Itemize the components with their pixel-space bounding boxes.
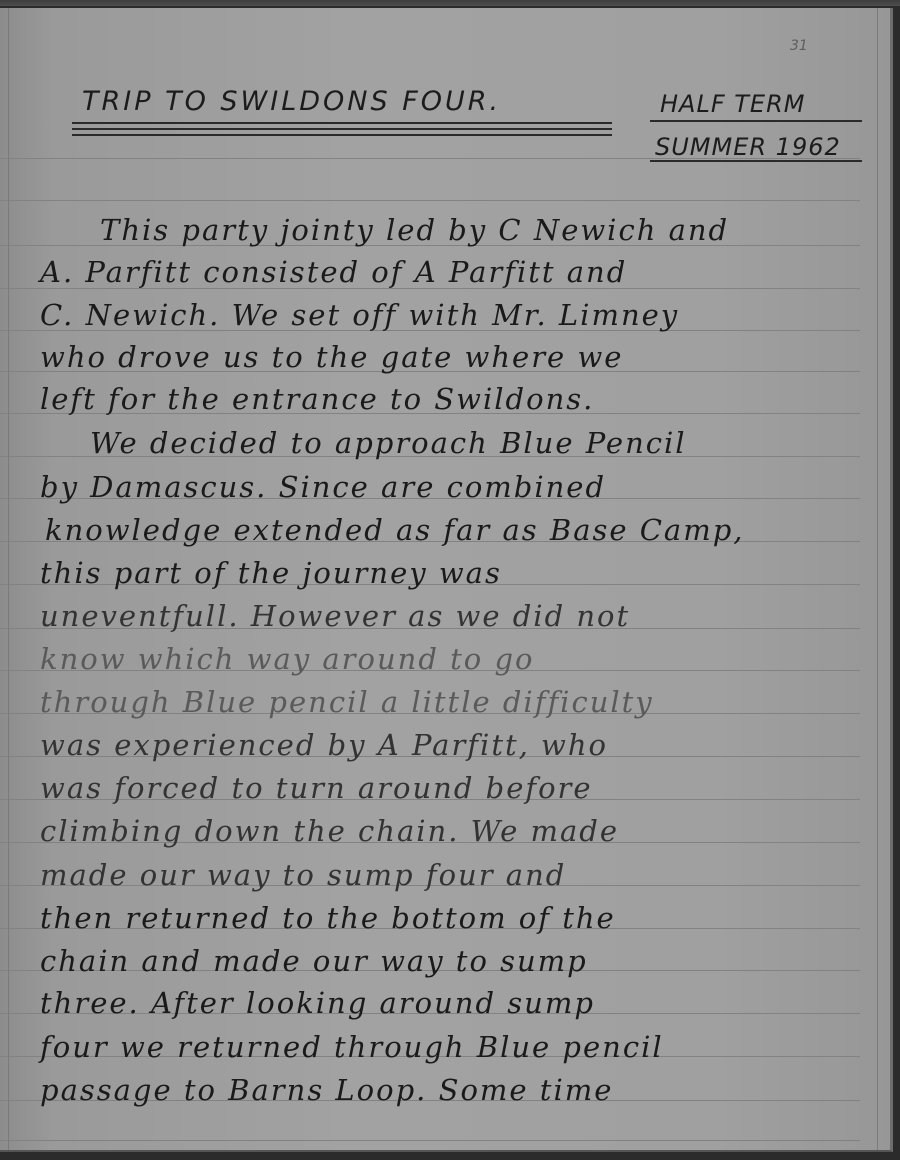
term-date: SUMMER 1962 xyxy=(655,133,841,161)
page-number: 31 xyxy=(790,38,808,54)
body-line: We decided to approach Blue Pencil xyxy=(90,426,687,460)
body-line: know which way around to go xyxy=(40,642,534,676)
notebook-page: 31 TRIP TO SWILDONS FOUR. HALF TERM SUMM… xyxy=(0,8,893,1152)
term-underline xyxy=(650,160,862,162)
body-line: uneventfull. However as we did not xyxy=(40,599,630,633)
title-underline xyxy=(72,128,612,130)
body-line: climbing down the chain. We made xyxy=(40,814,619,848)
body-line: This party jointy led by C Newich and xyxy=(100,213,729,247)
body-line: A. Parfitt consisted of A Parfitt and xyxy=(40,255,627,289)
title-underline xyxy=(72,122,612,124)
body-line: knowledge extended as far as Base Camp, xyxy=(45,513,745,547)
page-title: TRIP TO SWILDONS FOUR. xyxy=(82,86,501,117)
body-line: who drove us to the gate where we xyxy=(40,340,623,374)
ruled-line xyxy=(0,1140,860,1141)
body-line: three. After looking around sump xyxy=(40,986,595,1020)
title-underline xyxy=(72,134,612,136)
notebook-top-edge xyxy=(0,0,900,6)
body-line: through Blue pencil a little difficulty xyxy=(40,685,654,719)
left-margin-line xyxy=(8,8,9,1150)
right-edge-line xyxy=(877,8,878,1150)
ruled-line xyxy=(0,200,860,201)
body-line: by Damascus. Since are combined xyxy=(40,470,606,504)
term-label: HALF TERM xyxy=(660,90,805,118)
term-underline xyxy=(650,120,862,122)
body-line: made our way to sump four and xyxy=(40,858,566,892)
body-line: four we returned through Blue pencil xyxy=(40,1030,664,1064)
body-line: this part of the journey was xyxy=(40,556,502,590)
body-line: chain and made our way to sump xyxy=(40,944,588,978)
body-line: C. Newich. We set off with Mr. Limney xyxy=(40,298,679,332)
body-line: was experienced by A Parfitt, who xyxy=(40,728,608,762)
body-line: left for the entrance to Swildons. xyxy=(40,382,594,416)
body-line: then returned to the bottom of the xyxy=(40,901,616,935)
body-line: passage to Barns Loop. Some time xyxy=(40,1073,613,1107)
body-line: was forced to turn around before xyxy=(40,771,593,805)
